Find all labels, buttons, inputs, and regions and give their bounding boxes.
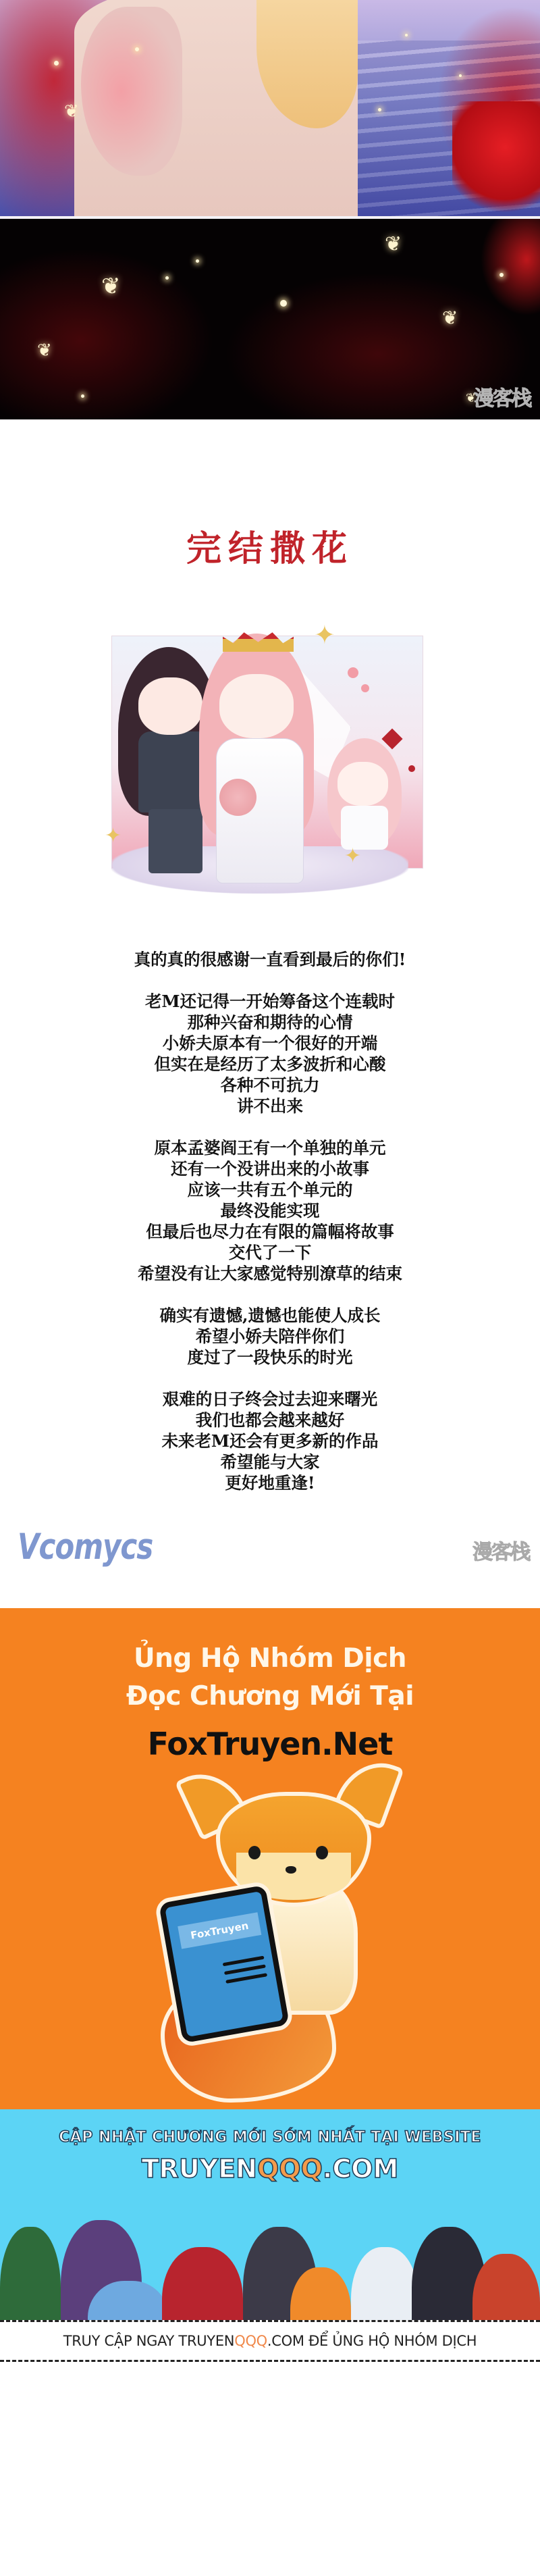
sparkle bbox=[54, 61, 59, 66]
butterfly-icon: ❦ bbox=[442, 307, 458, 329]
butterfly-icon: ❦ bbox=[101, 273, 121, 300]
message-line: 交代了一下 bbox=[0, 1242, 540, 1263]
message-line: 那种兴奋和期待的心情 bbox=[0, 1012, 540, 1033]
message-line: 真的真的很感谢一直看到最后的你们! bbox=[0, 949, 540, 970]
sparkle-icon: ✦ bbox=[314, 622, 335, 648]
promo-read-text: Đọc Chương Mới Tại bbox=[0, 1678, 540, 1716]
wedding-illustration: ✦ ✦ ✦ bbox=[111, 610, 429, 894]
message-line: 最终没能实现 bbox=[0, 1200, 540, 1221]
sparkle-icon: ✦ bbox=[344, 846, 361, 867]
sparkle bbox=[81, 394, 84, 398]
promo-update-text: Cập nhật chương mới sớm nhất tại website bbox=[0, 2109, 540, 2146]
message-paragraph: 老M还记得一开始筹备这个连载时 那种兴奋和期待的心情 小娇夫原本有一个很好的开端… bbox=[0, 991, 540, 1116]
message-line: 希望小娇夫陪伴你们 bbox=[0, 1326, 540, 1347]
flower-girl-dress bbox=[341, 806, 388, 850]
footer-prefix: TRUY CẬP NGAY TRUYEN bbox=[63, 2333, 234, 2349]
fox-mascot: FoxTruyen bbox=[0, 1765, 540, 2109]
sparkle bbox=[196, 259, 199, 263]
sparkle bbox=[378, 108, 381, 111]
visit-site-text: TRUY CẬP NGAY TRUYENQQQ.COM ĐỂ ỦNG HỘ NH… bbox=[0, 2322, 540, 2360]
message-line: 但最后也尽力在有限的篇幅将故事 bbox=[0, 1221, 540, 1242]
visit-site-strip[interactable]: TRUY CẬP NGAY TRUYENQQQ.COM ĐỂ ỦNG HỘ NH… bbox=[0, 2320, 540, 2362]
promo-support-text: Ủng Hộ Nhóm Dịch bbox=[0, 1608, 540, 1678]
message-line: 但实在是经历了太多波折和心酸 bbox=[0, 1054, 540, 1075]
groom-legs bbox=[148, 809, 202, 873]
site-suffix: .COM bbox=[323, 2154, 398, 2184]
message-line: 各种不可抗力 bbox=[0, 1075, 540, 1096]
butterfly-icon: ❦ bbox=[64, 101, 79, 122]
message-line: 小娇夫原本有一个很好的开端 bbox=[0, 1033, 540, 1054]
truyenqqq-promo-banner[interactable]: Cập nhật chương mới sớm nhất tại website… bbox=[0, 2109, 540, 2362]
message-line: 原本孟婆阎王有一个单独的单元 bbox=[0, 1137, 540, 1158]
manhuake-logo: 漫客栈 bbox=[473, 1535, 529, 1565]
bouquet bbox=[219, 779, 256, 816]
message-line: 讲不出来 bbox=[0, 1096, 540, 1116]
message-line: 老M还记得一开始筹备这个连载时 bbox=[0, 991, 540, 1012]
flower-petal bbox=[408, 765, 415, 772]
message-paragraph: 原本孟婆阎王有一个单独的单元 还有一个没讲出来的小故事 应该一共有五个单元的 最… bbox=[0, 1137, 540, 1284]
publisher-logos: Vcomycs 漫客栈 bbox=[0, 1507, 540, 1608]
manhuake-watermark: 漫客栈 bbox=[474, 382, 531, 411]
fox-nose bbox=[286, 1866, 296, 1874]
afterword-section: 完结撒花 ✦ ✦ ✦ 真的真的很感谢一直看到最后的你们! 老M还记得一开始筹备这… bbox=[0, 419, 540, 1608]
fox-eye bbox=[316, 1846, 328, 1859]
text-lines-icon bbox=[223, 1956, 269, 1989]
message-paragraph: 真的真的很感谢一直看到最后的你们! bbox=[0, 949, 540, 970]
message-line: 艰难的日子终会过去迎来曙光 bbox=[0, 1389, 540, 1410]
sparkle bbox=[165, 276, 169, 280]
message-line: 度过了一段快乐的时光 bbox=[0, 1347, 540, 1368]
foxtruyen-link[interactable]: FoxTruyen.Net bbox=[0, 1724, 540, 1764]
flower-petal bbox=[361, 684, 369, 692]
sparkle-icon: ✦ bbox=[105, 826, 122, 846]
message-line: 更好地重逢! bbox=[0, 1472, 540, 1493]
message-line: 确实有遗憾,遗憾也能使人成长 bbox=[0, 1305, 540, 1326]
bride-face bbox=[219, 674, 294, 738]
vcomycs-logo: Vcomycs bbox=[18, 1526, 153, 1567]
sparkle bbox=[500, 273, 504, 277]
footer-highlight: QQQ bbox=[234, 2333, 267, 2349]
tablet-label: FoxTruyen bbox=[178, 1912, 261, 1949]
manga-panel-dark: ❦ ❦ ❦ ❦ ❦ 漫客栈 bbox=[0, 219, 540, 419]
groom-face bbox=[138, 677, 202, 735]
spider-lily bbox=[452, 101, 540, 216]
site-highlight: QQQ bbox=[257, 2154, 323, 2184]
butterfly-icon: ❦ bbox=[37, 340, 52, 361]
afterword-title: 完结撒花 bbox=[0, 525, 540, 573]
message-line: 希望能与大家 bbox=[0, 1451, 540, 1472]
message-line: 我们也都会越来越好 bbox=[0, 1410, 540, 1431]
afterword-message: 真的真的很感谢一直看到最后的你们! 老M还记得一开始筹备这个连载时 那种兴奋和期… bbox=[0, 949, 540, 1493]
message-paragraph: 确实有遗憾,遗憾也能使人成长 希望小娇夫陪伴你们 度过了一段快乐的时光 bbox=[0, 1305, 540, 1368]
site-prefix: TRUYEN bbox=[142, 2154, 257, 2184]
message-line: 还有一个没讲出来的小故事 bbox=[0, 1158, 540, 1179]
footer-suffix: .COM ĐỂ ỦNG HỘ NHÓM DỊCH bbox=[267, 2333, 477, 2349]
message-line: 未来老M还会有更多新的作品 bbox=[0, 1431, 540, 1451]
fox-eye bbox=[248, 1846, 261, 1859]
sparkle bbox=[135, 47, 139, 51]
flower-girl-face bbox=[337, 762, 388, 806]
message-line: 希望没有让大家感觉特别潦草的结束 bbox=[0, 1263, 540, 1284]
message-line: 应该一共有五个单元的 bbox=[0, 1179, 540, 1200]
butterfly-icon: ❦ bbox=[385, 232, 402, 256]
manga-panel-top: ❦ bbox=[0, 0, 540, 216]
flower-petal bbox=[348, 667, 358, 678]
message-paragraph: 艰难的日子终会过去迎来曙光 我们也都会越来越好 未来老M还会有更多新的作品 希望… bbox=[0, 1389, 540, 1493]
foxtruyen-promo-banner[interactable]: Ủng Hộ Nhóm Dịch Đọc Chương Mới Tại FoxT… bbox=[0, 1608, 540, 2109]
sparkle bbox=[405, 34, 408, 36]
sparkle bbox=[280, 300, 287, 307]
truyenqqq-link[interactable]: TRUYENQQQ.COM bbox=[0, 2154, 540, 2184]
sparkle bbox=[459, 74, 462, 77]
